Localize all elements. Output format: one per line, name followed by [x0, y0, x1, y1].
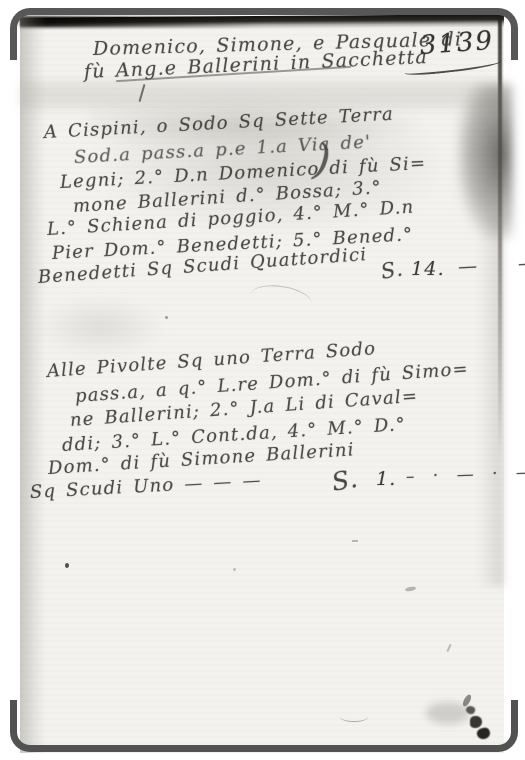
header-descender-flourish	[139, 84, 146, 102]
currency-symbol: S.	[329, 464, 360, 497]
viewer-frame-bottom	[10, 700, 518, 752]
manuscript-scan-view: 3139 Domenico, Simone, e Pasquale di fù …	[0, 0, 525, 760]
paper-speck	[65, 563, 69, 568]
paper-right-edge-line	[498, 16, 502, 456]
paper-speck	[405, 586, 417, 592]
viewer-frame-top	[10, 8, 518, 60]
paper-speck	[352, 540, 358, 542]
paper-speck	[446, 644, 451, 652]
paper-speck	[233, 568, 236, 571]
amount-value: 1.	[376, 468, 397, 490]
paper-left-edge-shadow	[20, 16, 46, 753]
amount-dashes: — —	[457, 251, 525, 278]
scan-band	[20, 82, 504, 108]
show-through-smudge-3	[38, 298, 163, 356]
currency-symbol: S.	[379, 256, 406, 284]
manuscript-page: 3139 Domenico, Simone, e Pasquale di fù …	[20, 16, 504, 753]
right-edge-smudge	[458, 84, 512, 239]
amount-dashes: – · — · —	[406, 462, 525, 487]
paper-speck	[165, 316, 168, 319]
amount-value: 14.	[411, 258, 445, 280]
pencil-curl-mark	[248, 281, 313, 317]
